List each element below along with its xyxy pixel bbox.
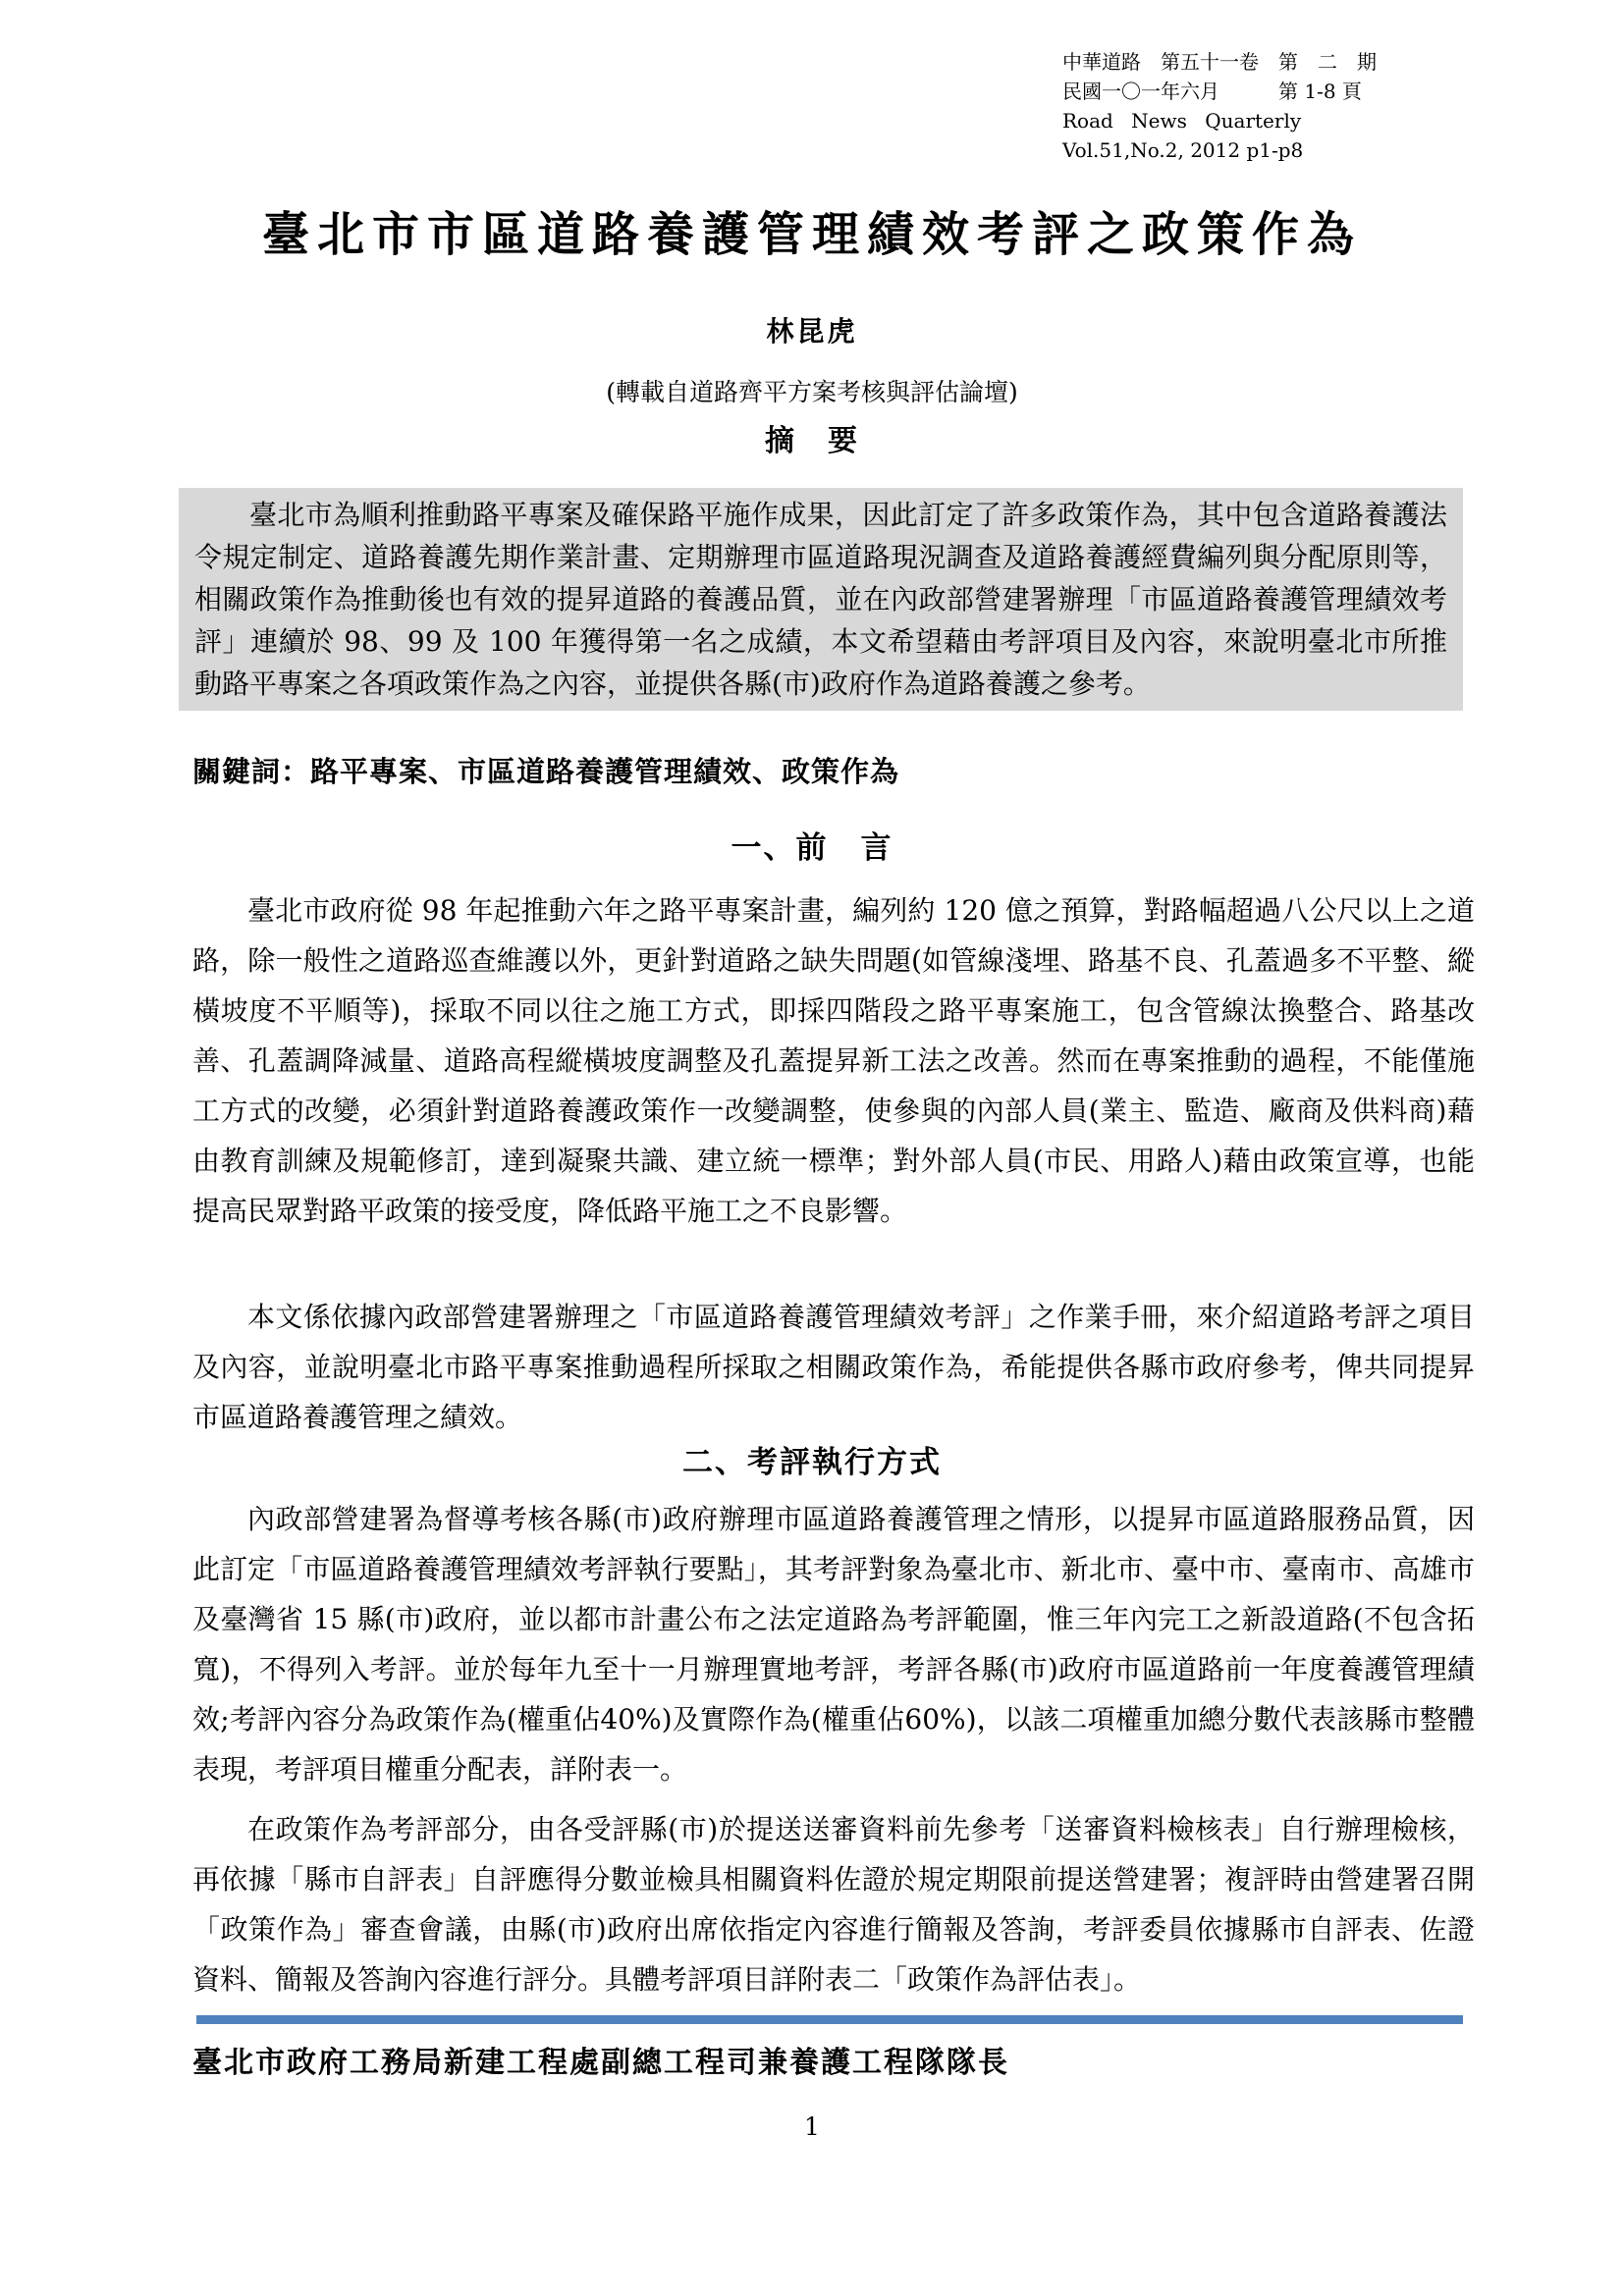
journal-header-vol-no-line: Vol.51,No.2, 2012 p1-p8: [1062, 135, 1377, 165]
section-2-heading: 二、考評執行方式: [0, 1437, 1624, 1481]
paper-title: 臺北市市區道路養護管理績效考評之政策作為: [0, 196, 1624, 264]
author-affiliation-footnote: 臺北市政府工務局新建工程處副總工程司兼養護工程隊隊長: [192, 2038, 1009, 2081]
journal-header-english-name: Road News Quarterly: [1062, 106, 1377, 135]
journal-header-date-line: 民國一〇一年六月 第 1-8 頁: [1062, 77, 1377, 106]
page-number: 1: [0, 2112, 1624, 2141]
section-1-heading: 一、前 言: [0, 823, 1624, 867]
journal-header: 中華道路 第五十一卷 第 二 期 民國一〇一年六月 第 1-8 頁 Road N…: [1062, 47, 1377, 165]
section-1-paragraph-2: 本文係依據內政部營建署辦理之「市區道路養護管理績效考評」之作業手冊，來介紹道路考…: [192, 1292, 1475, 1442]
footnote-divider-line: [196, 2015, 1463, 2024]
section-2-paragraph-2: 在政策作為考評部分，由各受評縣(市)於提送送審資料前先參考「送審資料檢核表」自行…: [192, 1804, 1475, 2004]
document-page: 中華道路 第五十一卷 第 二 期 民國一〇一年六月 第 1-8 頁 Road N…: [0, 0, 1624, 2296]
source-note: (轉載自道路齊平方案考核與評估論壇): [0, 373, 1624, 408]
author-name: 林昆虎: [0, 310, 1624, 349]
abstract-text: 臺北市為順利推動路平專案及確保路平施作成果，因此訂定了許多政策作為，其中包含道路…: [179, 488, 1463, 711]
section-1-paragraph-1: 臺北市政府從 98 年起推動六年之路平專案計畫，編列約 120 億之預算，對路幅…: [192, 885, 1475, 1236]
keywords-line: 關鍵詞：路平專案、市區道路養護管理績效、政策作為: [192, 750, 899, 790]
journal-header-volume-line: 中華道路 第五十一卷 第 二 期: [1062, 47, 1377, 77]
section-2-paragraph-1: 內政部營建署為督導考核各縣(市)政府辦理市區道路養護管理之情形，以提昇市區道路服…: [192, 1494, 1475, 1794]
abstract-heading: 摘 要: [0, 416, 1624, 459]
